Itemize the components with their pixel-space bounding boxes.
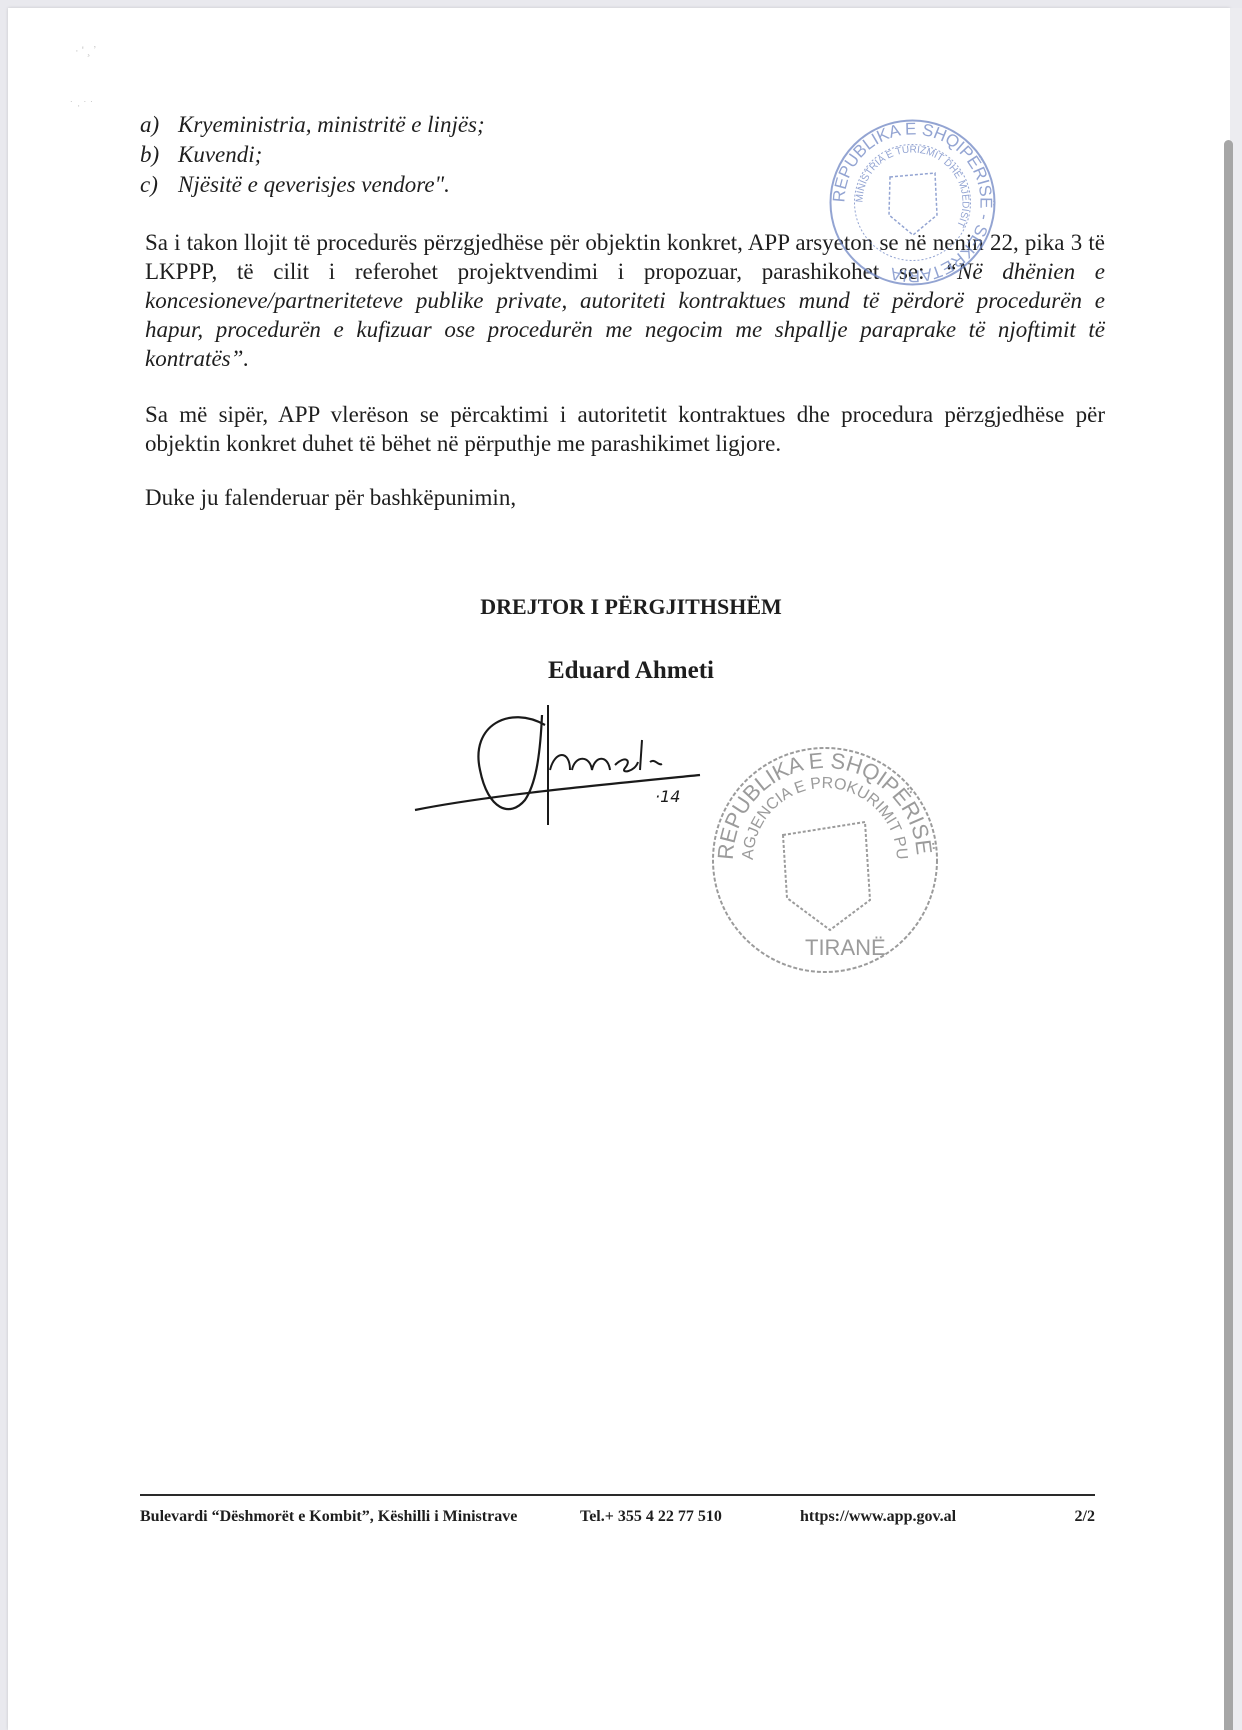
ministry-stamp-icon: REPUBLIKA E SHQIPËRISË - SEKRETARIA MINI… (825, 115, 1000, 290)
list-text: Kuvendi; (178, 140, 262, 170)
page-number: 2/2 (1060, 1508, 1095, 1526)
closing-line: Duke ju falenderuar për bashkëpunimin, (145, 483, 1105, 512)
list-item: b) Kuvendi; (140, 140, 485, 170)
signature-note: ·14 (655, 787, 680, 806)
list-item: c) Njësitë e qeverisjes vendore". (140, 170, 485, 200)
list-text: Kryeministria, ministritë e linjës; (178, 110, 485, 140)
list-marker: a) (140, 110, 178, 140)
list-marker: c) (140, 170, 178, 200)
svg-text:MINISTRIA E TURIZMIT DHE MJEDI: MINISTRIA E TURIZMIT DHE MJEDISIT (854, 144, 970, 229)
footer-divider (140, 1494, 1095, 1496)
quoted-list: a) Kryeministria, ministritë e linjës; b… (140, 110, 485, 200)
agency-stamp-icon: REPUBLIKA E SHQIPËRISË AGJENCIA E PROKUR… (705, 740, 945, 980)
footer-phone: Tel.+ 355 4 22 77 510 (580, 1508, 800, 1526)
signatory-name: Eduard Ahmeti (0, 657, 1242, 685)
svg-text:TIRANË: TIRANË (805, 935, 886, 960)
handwritten-signature: ·14 (400, 700, 720, 830)
list-text: Njësitë e qeverisjes vendore". (178, 170, 450, 200)
footer-url: https://www.app.gov.al (800, 1508, 1060, 1526)
page-footer: Bulevardi “Dëshmorët e Kombit”, Këshilli… (140, 1508, 1095, 1526)
list-marker: b) (140, 140, 178, 170)
list-item: a) Kryeministria, ministritë e linjës; (140, 110, 485, 140)
scrollbar-thumb[interactable] (1224, 140, 1233, 1730)
paragraph-conclusion: Sa më sipër, APP vlerëson se përcaktimi … (145, 400, 1105, 458)
footer-address: Bulevardi “Dëshmorët e Kombit”, Këshilli… (140, 1508, 580, 1526)
scan-noise: ˙ · ˙ ˙ (70, 100, 94, 112)
scan-noise: · ' ¸ ʼ (75, 45, 96, 57)
signatory-title: DREJTOR I PËRGJITHSHËM (0, 594, 1242, 620)
